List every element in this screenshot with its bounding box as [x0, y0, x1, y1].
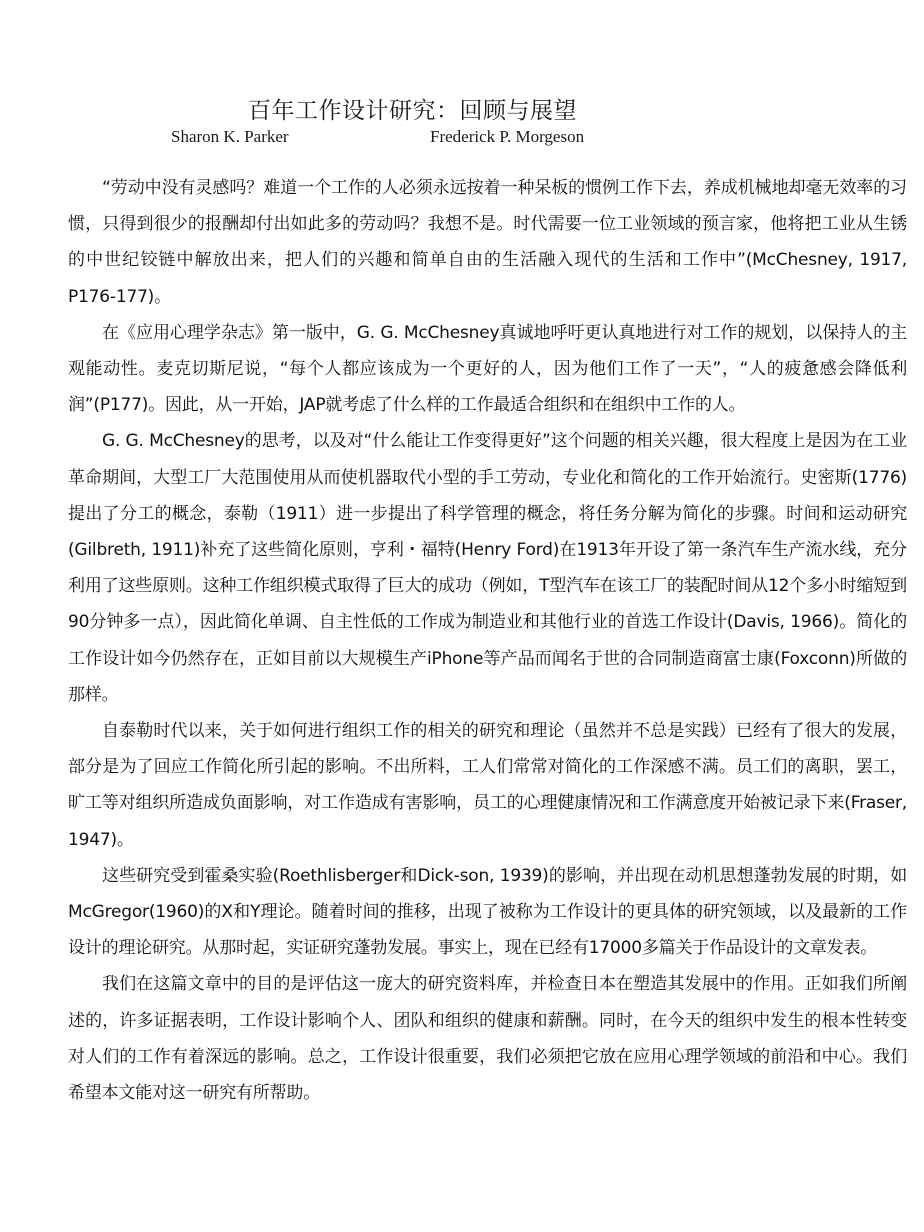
document-body: “劳动中没有灵感吗？难道一个工作的人必须永远按着一种呆板的惯例工作下去，养成机械… — [68, 170, 907, 1111]
author-name: Frederick P. Morgeson — [430, 127, 584, 147]
paragraph: 这些研究受到霍桑实验(Roethlisberger和Dick-son, 1939… — [68, 858, 907, 967]
paragraph: 在《应用心理学杂志》第一版中，G. G. McChesney真诚地呼吁更认真地进… — [68, 315, 907, 424]
paragraph-quote: “劳动中没有灵感吗？难道一个工作的人必须永远按着一种呆板的惯例工作下去，养成机械… — [68, 170, 907, 315]
document-page: 百年工作设计研究：回顾与展望 Sharon K. Parker Frederic… — [0, 0, 924, 1232]
paragraph: 我们在这篇文章中的目的是评估这一庞大的研究资料库，并检查日本在塑造其发展中的作用… — [68, 966, 907, 1111]
author-name: Sharon K. Parker — [171, 127, 289, 147]
document-title: 百年工作设计研究：回顾与展望 — [248, 92, 608, 125]
paragraph: G. G. McChesney的思考，以及对“什么能让工作变得更好”这个问题的相… — [68, 423, 907, 713]
paragraph: 自泰勒时代以来，关于如何进行组织工作的相关的研究和理论（虽然并不总是实践）已经有… — [68, 713, 907, 858]
